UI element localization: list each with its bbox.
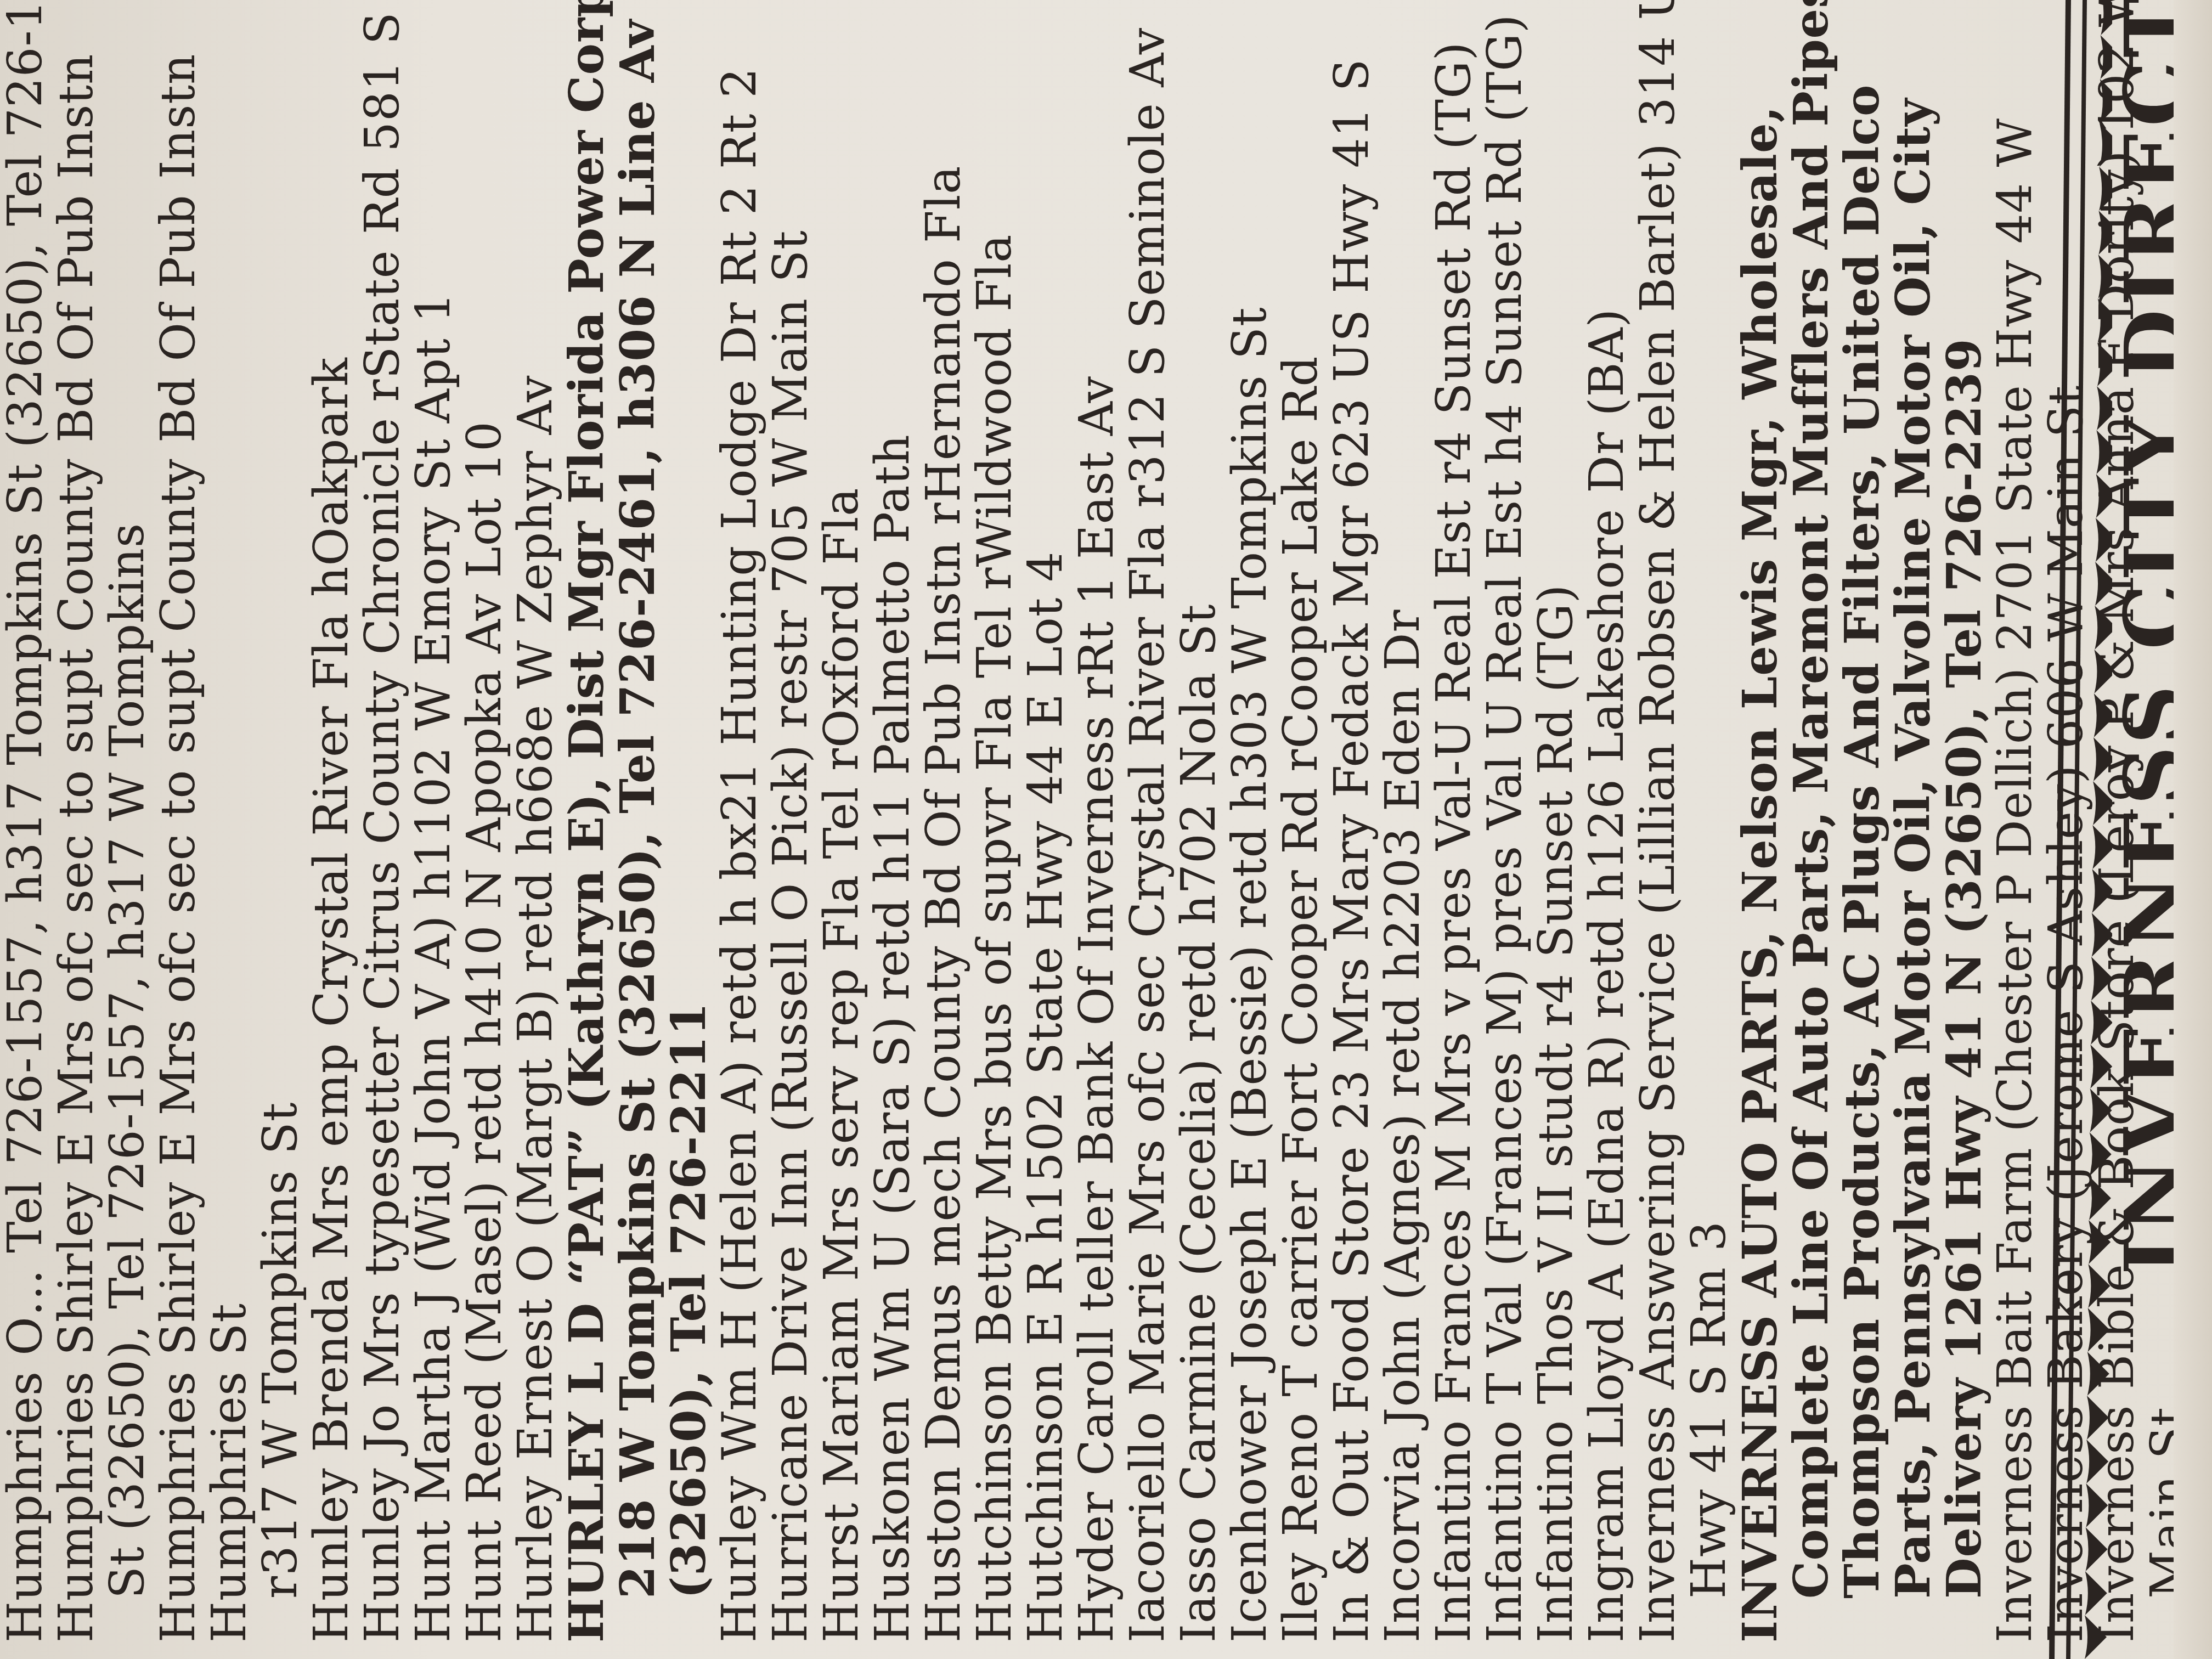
entry-name-line: Inverness Bait Farm (Chester P Dellich) …	[1990, 0, 2041, 1643]
entry-name-line: Humphries Shirley E Mrs ofc sec to supt …	[153, 0, 204, 1643]
entry-name-line: Hurley Ernest O (Margt B) retd h668e W Z…	[510, 0, 561, 1643]
directory-entry: Hyder Caroll teller Bank Of Inverness rR…	[1071, 0, 1122, 1643]
directory-entry: Hurley Ernest O (Margt B) retd h668e W Z…	[510, 0, 561, 1643]
directory-entry: Hurst Mariam Mrs serv rep Fla Tel rOxfor…	[816, 0, 867, 1643]
directory-page: Humphries O… Tel 726-1557, h317 Tompkins…	[0, 0, 2212, 1659]
directory-entry: Inverness Bait Farm (Chester P Dellich) …	[1990, 0, 2041, 1643]
entry-name-line: Iacoriello Marie Mrs ofc sec Crystal Riv…	[1122, 0, 1173, 1643]
entry-name-line: Hurricane Drive Inn (Russell O Pick) res…	[765, 0, 816, 1643]
directory-entry: Iacoriello Marie Mrs ofc sec Crystal Riv…	[1122, 0, 1173, 1643]
directory-entry: Iasso Carmine (Cecelia) retd h702 Nola S…	[1173, 0, 1224, 1643]
directory-entry: Hurley Wm H (Helen A) retd h bx21 Huntin…	[714, 0, 765, 1643]
decorative-border-rule	[2046, 0, 2112, 1659]
directory-entry: Hunt Martha J (Wid John V A) h1102 W Emo…	[408, 0, 459, 1643]
entry-name-line: Hutchinson E R h1502 State Hwy 44 E Lot …	[1020, 0, 1071, 1643]
entry-continuation-line: r317 W Tompkins St	[255, 0, 306, 1643]
entry-name-line: Humphries St	[204, 0, 255, 1643]
entry-name-line: Hurst Mariam Mrs serv rep Fla Tel rOxfor…	[816, 0, 867, 1643]
entry-name-line: Hurley Wm H (Helen A) retd h bx21 Huntin…	[714, 0, 765, 1643]
entry-name-line: Huskonen Wm U (Sara S) retd h11 Palmetto…	[867, 0, 918, 1643]
directory-entry: Humphries Shirley E Mrs ofc sec to supt …	[51, 0, 153, 1643]
directory-entry: Huston Demus mech County Bd Of Pub Instn…	[918, 0, 969, 1643]
directory-entry: Hurricane Drive Inn (Russell O Pick) res…	[765, 0, 816, 1643]
entry-name-line: Humphries O… Tel 726-1557, h317 Tompkins…	[0, 0, 51, 1643]
entry-continuation-line: Hwy 41 S Rm 3	[1684, 0, 1735, 1643]
entry-name-line: Icenhower Joseph E (Bessie) retd h303 W …	[1224, 0, 1276, 1643]
entry-name-line: Infantino Frances M Mrs v pres Val-U Rea…	[1429, 0, 1480, 1643]
entry-name-line: Infantino Thos V II studt r4 Sunset Rd (…	[1531, 0, 1582, 1643]
directory-entry: Inverness Answering Service (Lillian Rob…	[1633, 0, 1735, 1643]
entry-continuation-line: (32650), Tel 726-2211	[663, 0, 714, 1643]
book-binding-edge	[2174, 0, 2212, 1659]
directory-entry: Hunt Reed (Masel) retd h410 N Apopka Av …	[459, 0, 510, 1643]
directory-entry: Hunley Jo Mrs typesetter Citrus County C…	[357, 0, 408, 1643]
directory-entry: Infantino Thos V II studt r4 Sunset Rd (…	[1531, 0, 1582, 1643]
entry-name-line: Humphries Shirley E Mrs ofc sec to supt …	[51, 0, 102, 1643]
entry-name-line: Iasso Carmine (Cecelia) retd h702 Nola S…	[1173, 0, 1224, 1643]
entry-continuation-line: St (32650), Tel 726-1557, h317 W Tompkin…	[102, 0, 153, 1643]
entry-name-line: INVERNESS AUTO PARTS, Nelson Lewis Mgr, …	[1735, 0, 1786, 1643]
entry-name-line: Iley Reno T carrier Fort Cooper Rd rCoop…	[1276, 0, 1327, 1643]
directory-entry: Incorvia John (Agnes) retd h2203 Eden Dr	[1378, 0, 1429, 1643]
directory-entries: Humphries O… Tel 726-1557, h317 Tompkins…	[0, 0, 2194, 1643]
entry-name-line: Hutchinson Betty Mrs bus of supvr Fla Te…	[969, 0, 1020, 1643]
directory-entry: Hunley Brenda Mrs emp Crystal River Fla …	[306, 0, 357, 1643]
directory-entry: Icenhower Joseph E (Bessie) retd h303 W …	[1224, 0, 1276, 1643]
entry-continuation-line: Parts, Pennsylvania Motor Oil, Valvoline…	[1888, 0, 1939, 1643]
entry-name-line: Hunt Martha J (Wid John V A) h1102 W Emo…	[408, 0, 459, 1643]
directory-entry: Ingram Lloyd A (Edna R) retd h126 Lakesh…	[1582, 0, 1633, 1643]
entry-name-line: Hunley Brenda Mrs emp Crystal River Fla …	[306, 0, 357, 1643]
entry-name-line: HURLEY L D “PAT” (Kathryn E), Dist Mgr F…	[561, 0, 612, 1643]
directory-entry: HURLEY L D “PAT” (Kathryn E), Dist Mgr F…	[561, 0, 714, 1643]
entry-continuation-line: Delivery 1261 Hwy 41 N (32650), Tel 726-…	[1939, 0, 1990, 1643]
directory-entry: INVERNESS AUTO PARTS, Nelson Lewis Mgr, …	[1735, 0, 1990, 1643]
entry-name-line: Hunt Reed (Masel) retd h410 N Apopka Av …	[459, 0, 510, 1643]
entry-continuation-line: 218 W Tompkins St (32650), Tel 726-2461,…	[612, 0, 663, 1643]
entry-name-line: Huston Demus mech County Bd Of Pub Instn…	[918, 0, 969, 1643]
entry-name-line: Infantino T Val (Frances M) pres Val U R…	[1480, 0, 1531, 1643]
entry-name-line: Hunley Jo Mrs typesetter Citrus County C…	[357, 0, 408, 1643]
entry-name-line: In & Out Food Store 23 Mrs Mary Fedack M…	[1327, 0, 1378, 1643]
directory-entry: Humphries Str317 W Tompkins St	[204, 0, 306, 1643]
directory-entry: Iley Reno T carrier Fort Cooper Rd rCoop…	[1276, 0, 1327, 1643]
entry-name-line: Ingram Lloyd A (Edna R) retd h126 Lakesh…	[1582, 0, 1633, 1643]
entry-name-line: Incorvia John (Agnes) retd h2203 Eden Dr	[1378, 0, 1429, 1643]
directory-entry: Humphries O… Tel 726-1557, h317 Tompkins…	[0, 0, 51, 1643]
entry-name-line: Hyder Caroll teller Bank Of Inverness rR…	[1071, 0, 1122, 1643]
directory-entry: Huskonen Wm U (Sara S) retd h11 Palmetto…	[867, 0, 918, 1643]
directory-entry: In & Out Food Store 23 Mrs Mary Fedack M…	[1327, 0, 1378, 1643]
directory-entry: Humphries Shirley E Mrs ofc sec to supt …	[153, 0, 204, 1643]
directory-entry: Infantino T Val (Frances M) pres Val U R…	[1480, 0, 1531, 1643]
entry-continuation-line: Complete Line Of Auto Parts, Maremont Mu…	[1786, 0, 1837, 1643]
directory-entry: Hutchinson Betty Mrs bus of supvr Fla Te…	[969, 0, 1020, 1643]
directory-entry: Infantino Frances M Mrs v pres Val-U Rea…	[1429, 0, 1480, 1643]
entry-continuation-line: Thompson Products, AC Plugs And Filters,…	[1837, 0, 1888, 1643]
directory-entry: Hutchinson E R h1502 State Hwy 44 E Lot …	[1020, 0, 1071, 1643]
entry-name-line: Inverness Answering Service (Lillian Rob…	[1633, 0, 1684, 1643]
